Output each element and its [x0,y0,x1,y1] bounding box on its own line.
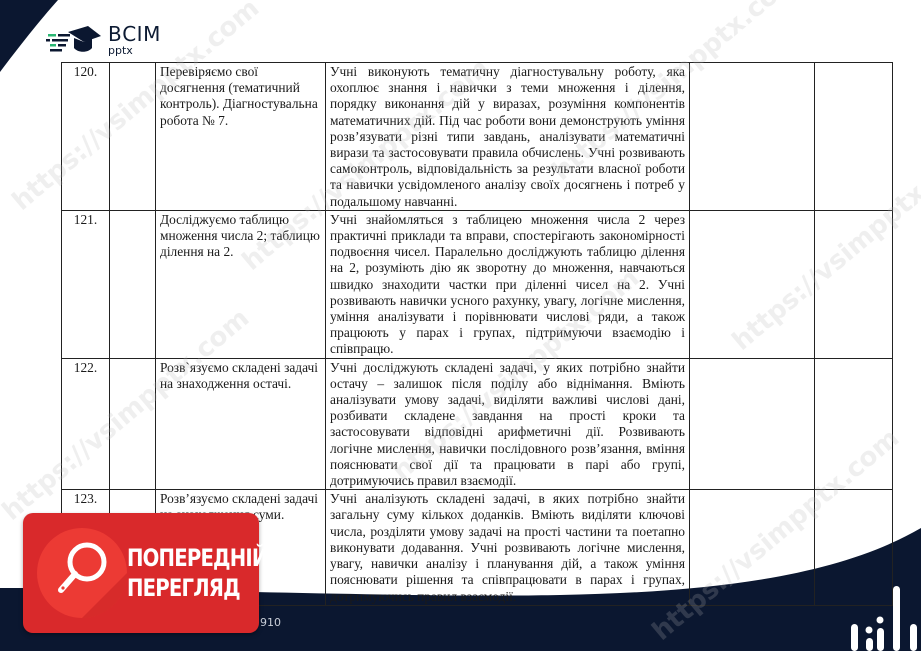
brand-logo: ВСІМ pptx [46,24,161,56]
lesson-description: Учні досліджують складені задачі, у яких… [326,358,690,490]
brand-subtitle: pptx [108,45,161,56]
lesson-number: 122. [62,358,110,490]
lesson-date [110,63,156,211]
lesson-col5 [690,490,815,606]
lesson-col6 [815,210,893,358]
lesson-col6 [815,490,893,606]
lesson-description: Учні знайомляться з таблицею множення чи… [326,210,690,358]
preview-label-line2: ПЕРЕГЛЯД [127,573,230,603]
lesson-number: 120. [62,63,110,211]
magnifier-icon [37,528,127,618]
lesson-col5 [690,358,815,490]
lesson-topic: Розв`язуємо складені задачі на знаходжен… [156,358,326,490]
lesson-description: Учні виконують тематичну діагностувальну… [326,63,690,211]
lesson-topic: Перевіряємо свої досягнення (тематичний … [156,63,326,211]
preview-badge[interactable]: ПОПЕРЕДНІЙ ПЕРЕГЛЯД [23,513,259,633]
lesson-date [110,210,156,358]
lesson-col6 [815,63,893,211]
lesson-topic: Досліджуємо таблицю множення числа 2; та… [156,210,326,358]
brand-title: ВСІМ [108,24,161,44]
preview-label: ПОПЕРЕДНІЙ ПЕРЕГЛЯД [127,543,230,603]
table-row: 120. Перевіряємо свої досягнення (темати… [62,63,893,211]
table-row: 122. Розв`язуємо складені задачі на знах… [62,358,893,490]
magnifier-icon-circle [37,528,127,618]
graduation-cap-icon [46,26,102,54]
lesson-description: Учні аналізують складені задачі, в яких … [326,490,690,606]
lesson-col5 [690,210,815,358]
lesson-number: 121. [62,210,110,358]
table-row: 121. Досліджуємо таблицю множення числа … [62,210,893,358]
lesson-col6 [815,358,893,490]
lesson-col5 [690,63,815,211]
lesson-date [110,358,156,490]
footer-page-number: 910 [260,616,281,629]
preview-label-line1: ПОПЕРЕДНІЙ [127,543,230,573]
